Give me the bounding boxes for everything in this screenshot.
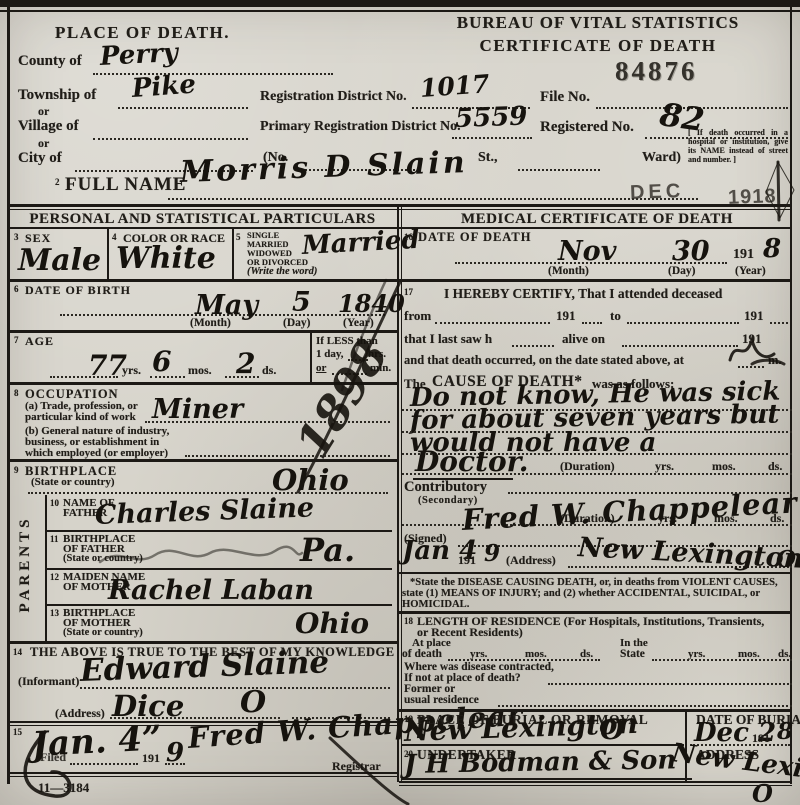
masthead-divider: [7, 204, 792, 207]
registration-district-label: Registration District No.: [260, 90, 407, 104]
row-rule: [399, 572, 792, 574]
certify-191b-line: [770, 322, 788, 324]
contributory-label: Contributory: [404, 480, 487, 495]
certify-191a: 191: [556, 309, 576, 322]
street-line: [518, 169, 600, 171]
cell-divider: [107, 229, 109, 279]
certify-alive-line: [622, 345, 738, 347]
residence-in-state-2: State: [620, 649, 645, 661]
certify-occurred: and that death occurred, on the date sta…: [404, 354, 684, 367]
registered-no-label: Registered No.: [540, 120, 634, 135]
birth-number: 6: [14, 285, 19, 294]
row-rule: [399, 279, 792, 282]
certify-alive-on: alive on: [562, 332, 605, 345]
full-name-value: Morris D Slain: [179, 148, 468, 188]
residence-where-line: [548, 683, 792, 685]
informant-label: (Informant): [18, 675, 79, 687]
father-birthplace-scribble: [95, 540, 305, 570]
marital-value: Married: [301, 227, 420, 259]
village-line: [93, 138, 248, 140]
hospital-note: [ If death occurred in a hospital or ins…: [688, 128, 788, 164]
cause-duration-ds: ds.: [768, 460, 782, 472]
death-day-caption: (Day): [668, 266, 695, 278]
birth-month-caption: (Month): [190, 318, 231, 330]
row-rule: [399, 781, 792, 783]
residence-former-line: [498, 705, 792, 707]
file-no-label: File No.: [540, 90, 590, 105]
certify-191b: 191: [744, 309, 764, 322]
ward-label: Ward): [642, 151, 681, 165]
cause-line4: Doctor.: [415, 448, 529, 476]
age-label: AGE: [25, 335, 54, 347]
death-date-number: 16: [404, 233, 413, 242]
death-date-label: DATE OF DEATH: [418, 231, 531, 244]
full-name-line: [168, 198, 698, 200]
signature-flourish: [0, 700, 430, 805]
age-months-value: 6: [152, 348, 171, 376]
father-name-value: Charles Slaine: [95, 494, 315, 529]
certify-from-line: [435, 322, 550, 324]
father-birthplace-value: Pa.: [300, 534, 355, 566]
marital-hint: (Write the word): [247, 267, 317, 278]
certify-last-saw: that I last saw h: [404, 332, 492, 345]
certify-h-line: [512, 345, 554, 347]
mother-birthplace-number: 13: [50, 609, 59, 618]
marital-number: 5: [236, 233, 241, 242]
birthplace-hint: (State or country): [31, 477, 115, 488]
father-name-number: 10: [50, 499, 59, 508]
footnote-line3: HOMICIDAL.: [402, 600, 469, 611]
attestation-number: 14: [13, 648, 22, 657]
occupation-b-line: [185, 455, 390, 457]
age-days-value: 2: [236, 350, 255, 378]
birth-month-value: May: [195, 292, 258, 319]
certificate-title: CERTIFICATE OF DEATH: [408, 37, 788, 54]
informant-value: Edward Slaine: [79, 647, 329, 687]
border-right: [790, 0, 792, 784]
cause-duration-yrs: yrs.: [655, 460, 674, 472]
or1-label: or: [38, 105, 49, 117]
received-stamp-month: DEC: [630, 181, 685, 203]
mother-birthplace-hint: (State or country): [63, 628, 143, 639]
parents-side-label: PARENTS: [18, 494, 33, 634]
birth-label: DATE OF BIRTH: [25, 284, 131, 296]
certificate-number: 84876: [615, 58, 698, 85]
residence-former-2: usual residence: [404, 695, 479, 707]
street-label: St.,: [478, 151, 497, 165]
residence-at-place-2: of death: [402, 649, 442, 661]
county-value: Perry: [99, 40, 178, 70]
mother-name-number: 12: [50, 573, 59, 582]
township-line: [118, 107, 248, 109]
age-days-unit: ds.: [262, 364, 276, 376]
cause-duration-label: (Duration): [560, 460, 615, 472]
cell-divider: [232, 229, 234, 279]
mother-birthplace-value: Ohio: [295, 610, 369, 638]
signed-year-digit: 9: [484, 542, 500, 565]
or2-label: or: [38, 137, 49, 149]
death-year-digit: 8: [763, 236, 781, 262]
primary-district-label: Primary Registration District No.: [260, 120, 461, 134]
county-line: [93, 73, 333, 75]
certify-line1: I HEREBY CERTIFY, That I attended deceas…: [444, 287, 722, 301]
certify-to-line: [627, 322, 739, 324]
village-label: Village of: [18, 119, 79, 134]
border-top: [0, 0, 800, 7]
border-top-thin: [0, 10, 800, 12]
age-number: 7: [14, 336, 19, 345]
time-of-death-scribble: [722, 330, 792, 370]
undertaker-line: [402, 778, 692, 780]
medical-section-title: MEDICAL CERTIFICATE OF DEATH: [402, 212, 792, 227]
residence-number: 18: [404, 617, 413, 626]
age-line-2: [150, 376, 185, 378]
place-of-death-heading: PLACE OF DEATH.: [55, 24, 230, 41]
masthead-divider-thin: [7, 209, 792, 210]
occupation-label: OCCUPATION: [25, 388, 119, 401]
certify-191a-line: [582, 322, 602, 324]
certify-to-label: to: [610, 309, 621, 322]
age-years-unit: yrs.: [122, 364, 141, 376]
residence-state-line: [652, 659, 792, 661]
race-value: White: [116, 244, 216, 274]
occupation-a-value: Miner: [152, 396, 243, 423]
border-left: [7, 0, 10, 784]
signed-address-label: (Address): [506, 554, 556, 566]
birthplace-number: 9: [14, 466, 19, 475]
burial-printed-year: 191: [752, 732, 770, 744]
township-label: Township of: [18, 88, 96, 103]
physician-signature: Fred W. Chappelear: [461, 488, 798, 535]
occupation-number: 8: [14, 389, 19, 398]
mother-name-value: Rachel Laban: [108, 577, 314, 604]
primary-district-line: [452, 137, 532, 139]
burial-place-state: O: [600, 716, 624, 744]
county-label: County of: [18, 54, 82, 69]
certify-number: 17: [404, 288, 413, 297]
township-value: Pike: [131, 72, 197, 102]
cause-duration-mos: mos.: [712, 460, 736, 472]
age-line-3: [225, 376, 259, 378]
bureau-title: BUREAU OF VITAL STATISTICS: [408, 14, 788, 31]
death-printed-year: 191: [733, 248, 754, 262]
parents-rule: [45, 568, 392, 570]
footnote-line1: *State the DISEASE CAUSING DEATH, or, in…: [410, 578, 778, 589]
sex-number: 3: [14, 233, 19, 242]
sex-value: Male: [18, 246, 101, 276]
death-certificate-scan: PLACE OF DEATH. County of Perry Township…: [0, 0, 800, 805]
cause-duration-line: [402, 473, 792, 475]
undertaker-value: J H Bodman & Son: [404, 747, 677, 778]
footnote-line2: state (1) MEANS OF INJURY; and (2) wheth…: [402, 589, 760, 600]
occupation-a-line2: particular kind of work: [25, 412, 136, 423]
primary-district-value: 5559: [455, 103, 528, 132]
row-rule: [7, 641, 399, 644]
personal-section-title: PERSONAL AND STATISTICAL PARTICULARS: [10, 212, 395, 227]
death-month-value: Nov: [558, 238, 616, 265]
burial-year-digit: 8: [777, 720, 793, 743]
death-month-caption: (Month): [548, 266, 589, 278]
row-rule: [7, 459, 399, 462]
birthplace-line: [28, 492, 388, 494]
row-rule-thin: [399, 785, 792, 786]
registration-district-value: 1017: [419, 71, 490, 101]
occupation-b-line3: which employed (or employer): [25, 448, 168, 459]
full-name-number: 2: [55, 178, 60, 187]
age-months-unit: mos.: [188, 364, 212, 376]
birthplace-value: Ohio: [272, 466, 349, 495]
death-year-caption: (Year): [735, 266, 766, 278]
age-line-1: [50, 376, 118, 378]
city-label: City of: [18, 151, 62, 166]
father-birthplace-number: 11: [50, 535, 59, 544]
signed-printed-year: 191: [458, 554, 476, 566]
death-day-value: 30: [672, 238, 710, 265]
certify-from-label: from: [404, 309, 431, 322]
parents-rule: [45, 604, 392, 606]
full-name-label: FULL NAME: [65, 175, 186, 194]
signed-address-state: O.: [776, 548, 800, 571]
